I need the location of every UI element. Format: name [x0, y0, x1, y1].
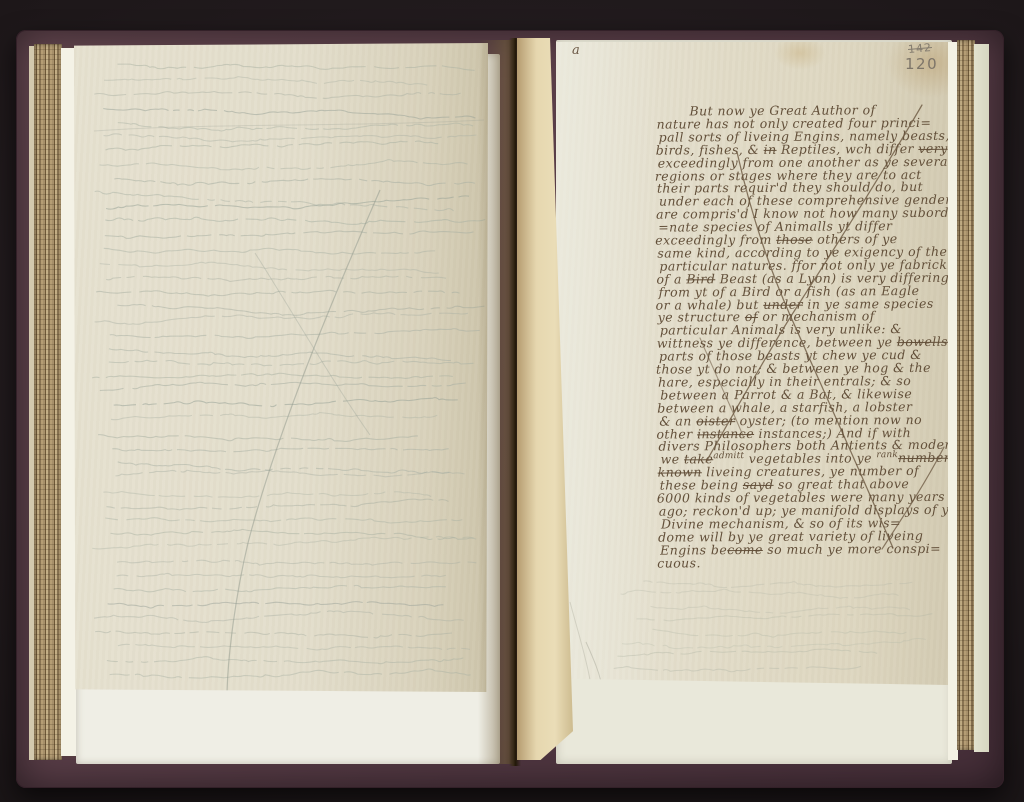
folio-number: 120 — [905, 55, 938, 73]
page-edges-right — [957, 40, 975, 750]
fore-edge-pale-right — [974, 44, 989, 752]
page-edges-left — [34, 44, 62, 760]
left-page-leaf — [74, 43, 488, 692]
book-photo: But now ye Great Author ofnature has not… — [0, 0, 1024, 802]
right-page-slip: But now ye Great Author ofnature has not… — [556, 42, 948, 685]
cancellation-strokes — [556, 42, 948, 685]
folio-number-struck: 142 — [907, 41, 932, 56]
crease-lines — [74, 43, 488, 692]
corner-mark: a — [572, 43, 580, 58]
